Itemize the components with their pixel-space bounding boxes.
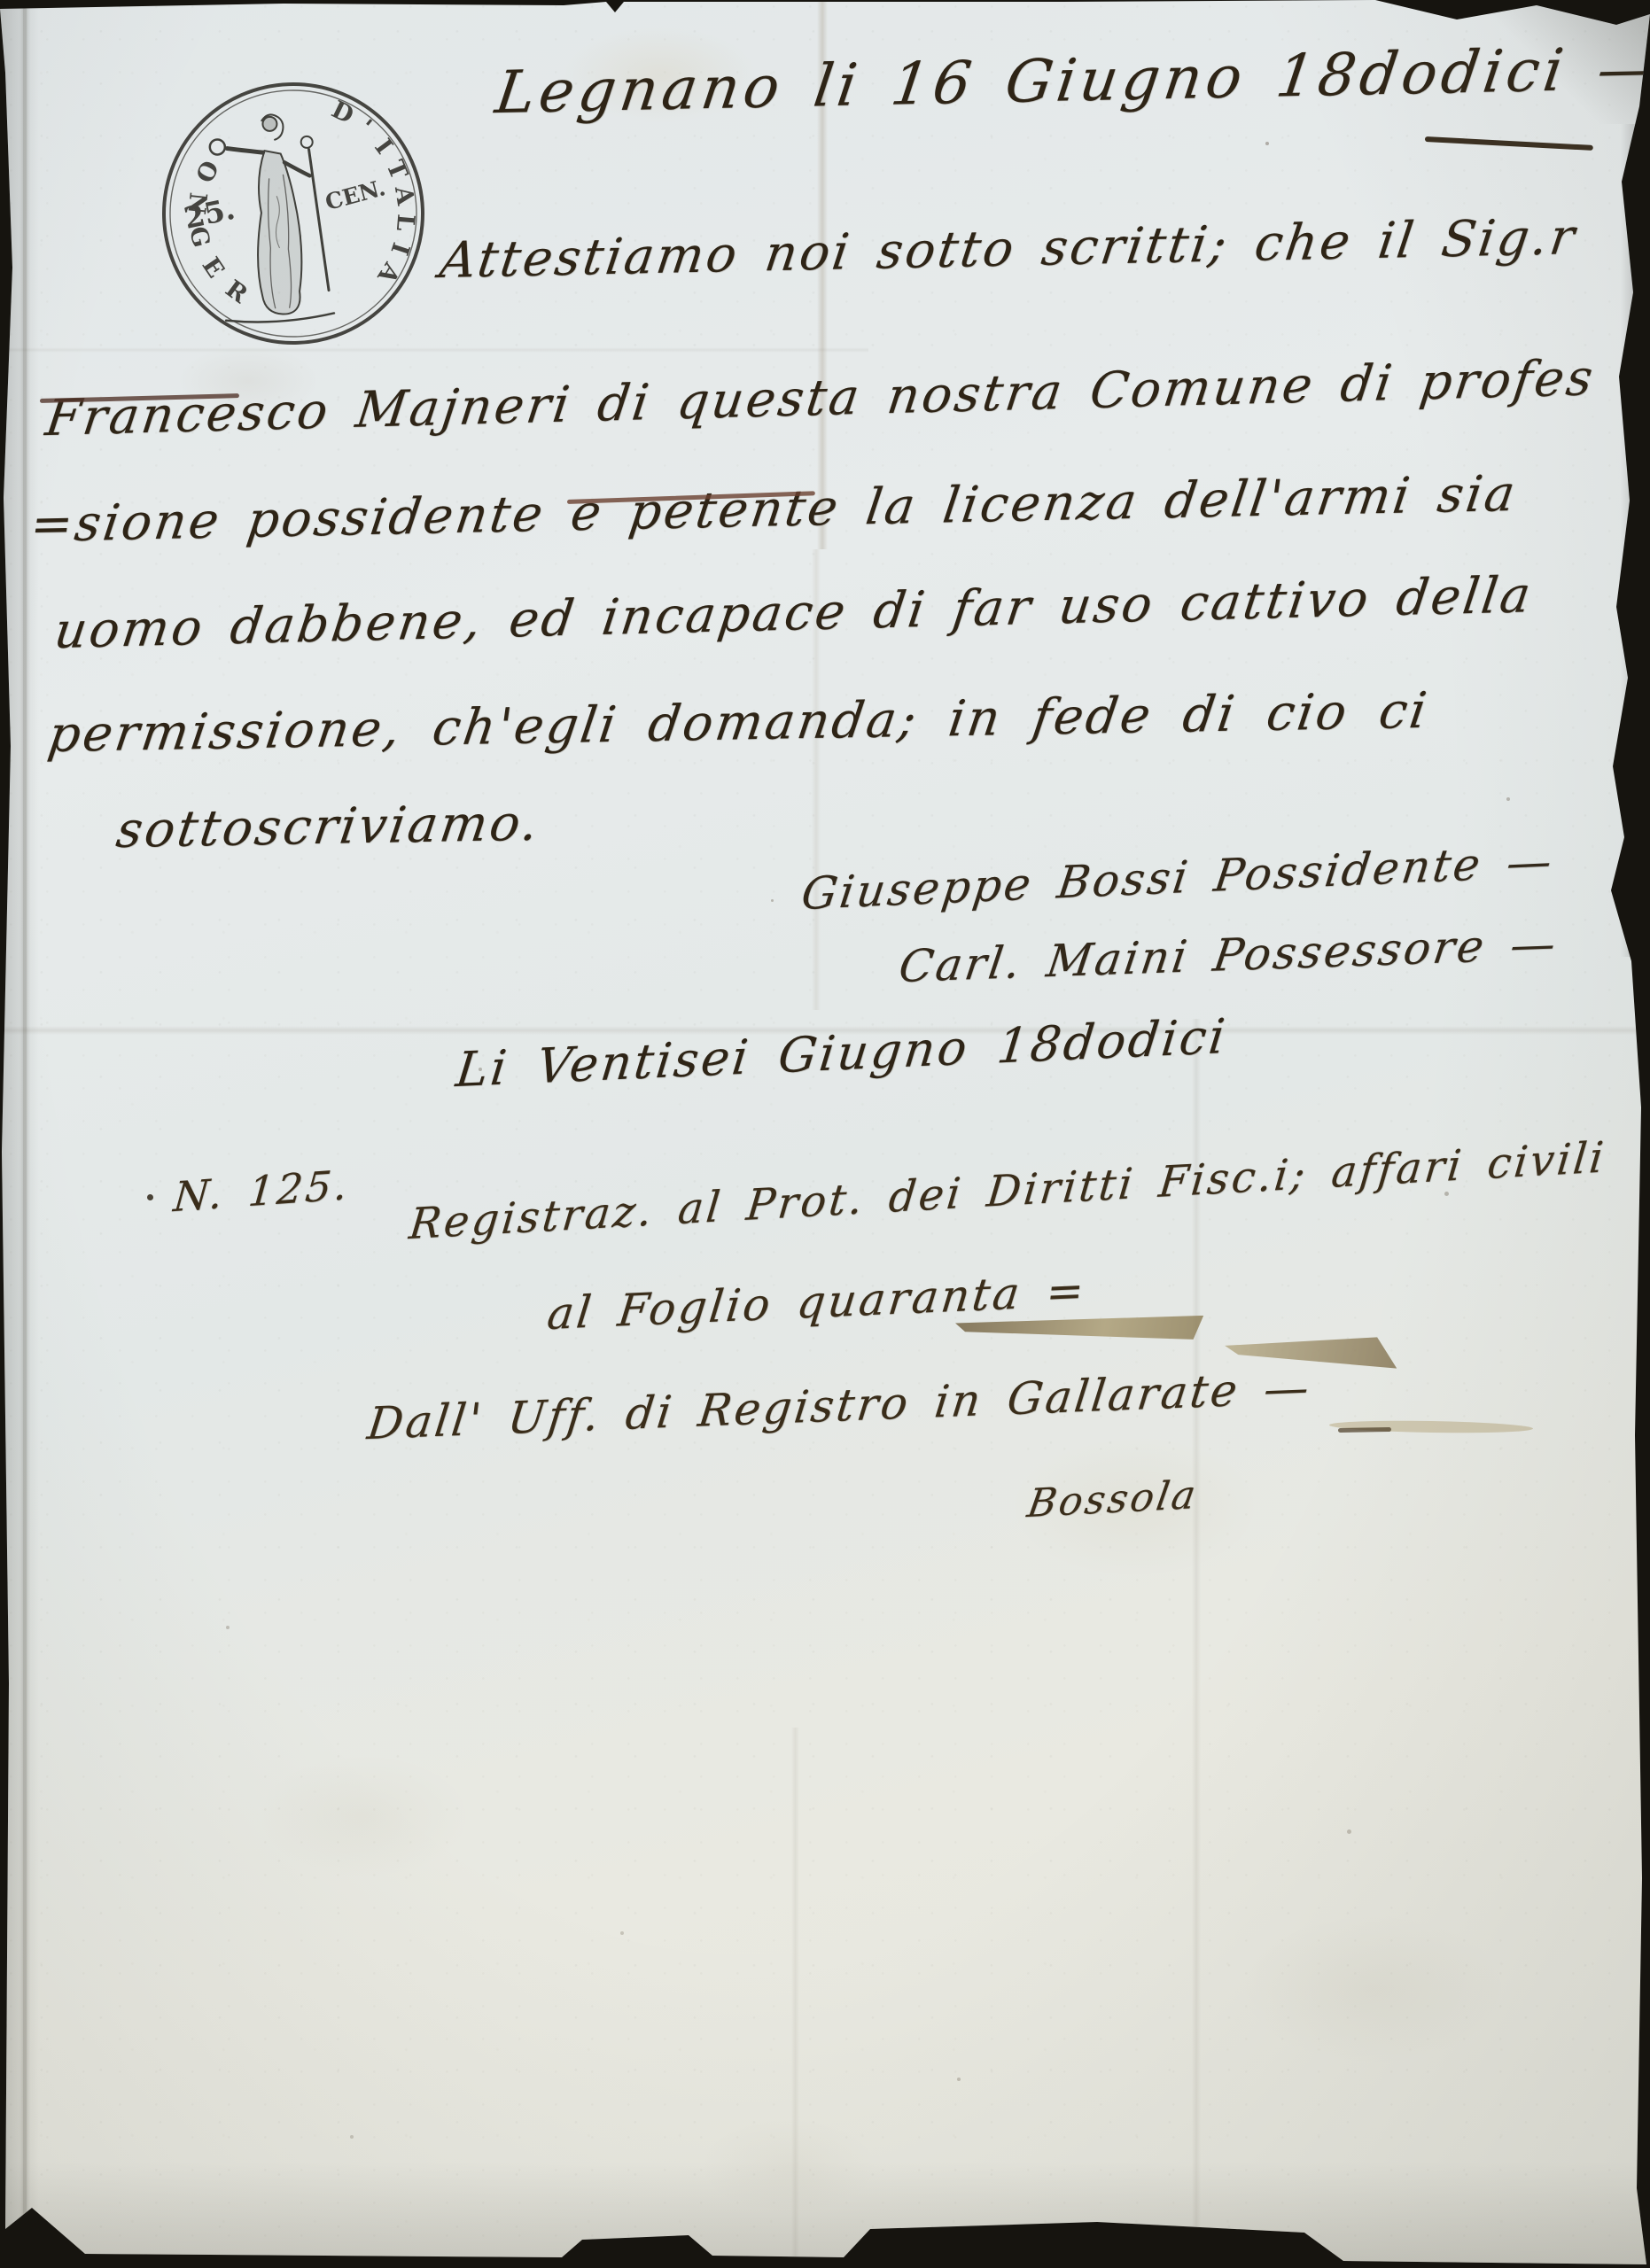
paper-speck xyxy=(1444,1192,1449,1196)
right-edge-tear-shadow xyxy=(1609,124,1650,957)
paper-stain xyxy=(1241,1914,1506,2064)
svg-text:I: I xyxy=(369,134,397,159)
pen-flourish xyxy=(1425,136,1593,151)
paper-speck xyxy=(957,2078,961,2081)
svg-text:E: E xyxy=(197,252,230,283)
signature-line: Giuseppe Bossi Possidente — xyxy=(798,835,1557,920)
ink-dot xyxy=(147,1194,153,1200)
body-line: =sione possidente e petente la licenza d… xyxy=(27,465,1522,554)
body-line: uomo dabbene, ed incapace di far uso cat… xyxy=(51,566,1537,660)
left-edge-fold-line xyxy=(23,0,27,2268)
paper-speck xyxy=(85,735,90,740)
bottom-edge-shadow xyxy=(0,2162,1650,2268)
svg-text:': ' xyxy=(354,114,377,140)
body-line: Attestiamo noi sotto scritti; che il Sig… xyxy=(437,208,1581,290)
paper-speck xyxy=(1347,1829,1351,1834)
body-line: Francesco Majneri di questa nostra Comun… xyxy=(43,349,1599,447)
paper-speck xyxy=(1265,142,1269,145)
horizontal-fold-crease xyxy=(0,347,868,353)
dateline: Legnano li 16 Giugno 18dodici — xyxy=(492,34,1650,127)
vertical-fold-crease xyxy=(791,1728,799,2268)
svg-text:T: T xyxy=(380,157,412,184)
svg-text:I: I xyxy=(385,239,414,259)
paper-stain xyxy=(700,2117,877,2215)
registration-line: Dall' Uff. di Registro in Gallarate — xyxy=(365,1362,1315,1449)
paper-speck xyxy=(226,1626,230,1629)
svg-text:N: N xyxy=(182,191,211,216)
document-paper: 25. CEN. REGNO D'ITALIA Legnano li 16 Gi… xyxy=(0,0,1650,2268)
paper-stain xyxy=(257,1754,470,1878)
pen-flourish xyxy=(1338,1427,1391,1433)
stamp-unit: CEN. xyxy=(323,175,388,215)
paper-speck xyxy=(350,2135,354,2139)
paper-speck xyxy=(771,899,774,902)
svg-text:A: A xyxy=(389,183,419,208)
body-line: permissione, ch'egli domanda; in fede di… xyxy=(44,682,1432,764)
paper-speck xyxy=(1506,797,1510,801)
revenue-stamp: 25. CEN. REGNO D'ITALIA xyxy=(156,76,431,351)
registration-line: Registraz. al Prot. dei Diritti Fisc.i; … xyxy=(407,1132,1608,1249)
svg-text:D: D xyxy=(327,96,358,129)
svg-text:L: L xyxy=(391,213,419,231)
svg-text:R: R xyxy=(220,275,253,309)
clerk-signature: Bossola xyxy=(1024,1472,1202,1527)
signature-line: Carl. Maini Possessore — xyxy=(896,918,1561,992)
paper-speck xyxy=(620,1931,624,1935)
stamp-text-regno: REGNO xyxy=(180,154,253,311)
left-edge-shadow xyxy=(0,0,39,2268)
photograph-background: 25. CEN. REGNO D'ITALIA Legnano li 16 Gi… xyxy=(0,0,1650,2268)
registration-number: N. 125. xyxy=(172,1161,352,1221)
second-dateline: Li Ventisei Giugno 18dodici xyxy=(453,1008,1230,1098)
body-line: sottoscriviamo. xyxy=(113,795,544,860)
svg-text:O: O xyxy=(189,156,222,187)
vertical-fold-crease xyxy=(1192,1019,1201,2268)
paper-speck xyxy=(479,1068,482,1071)
